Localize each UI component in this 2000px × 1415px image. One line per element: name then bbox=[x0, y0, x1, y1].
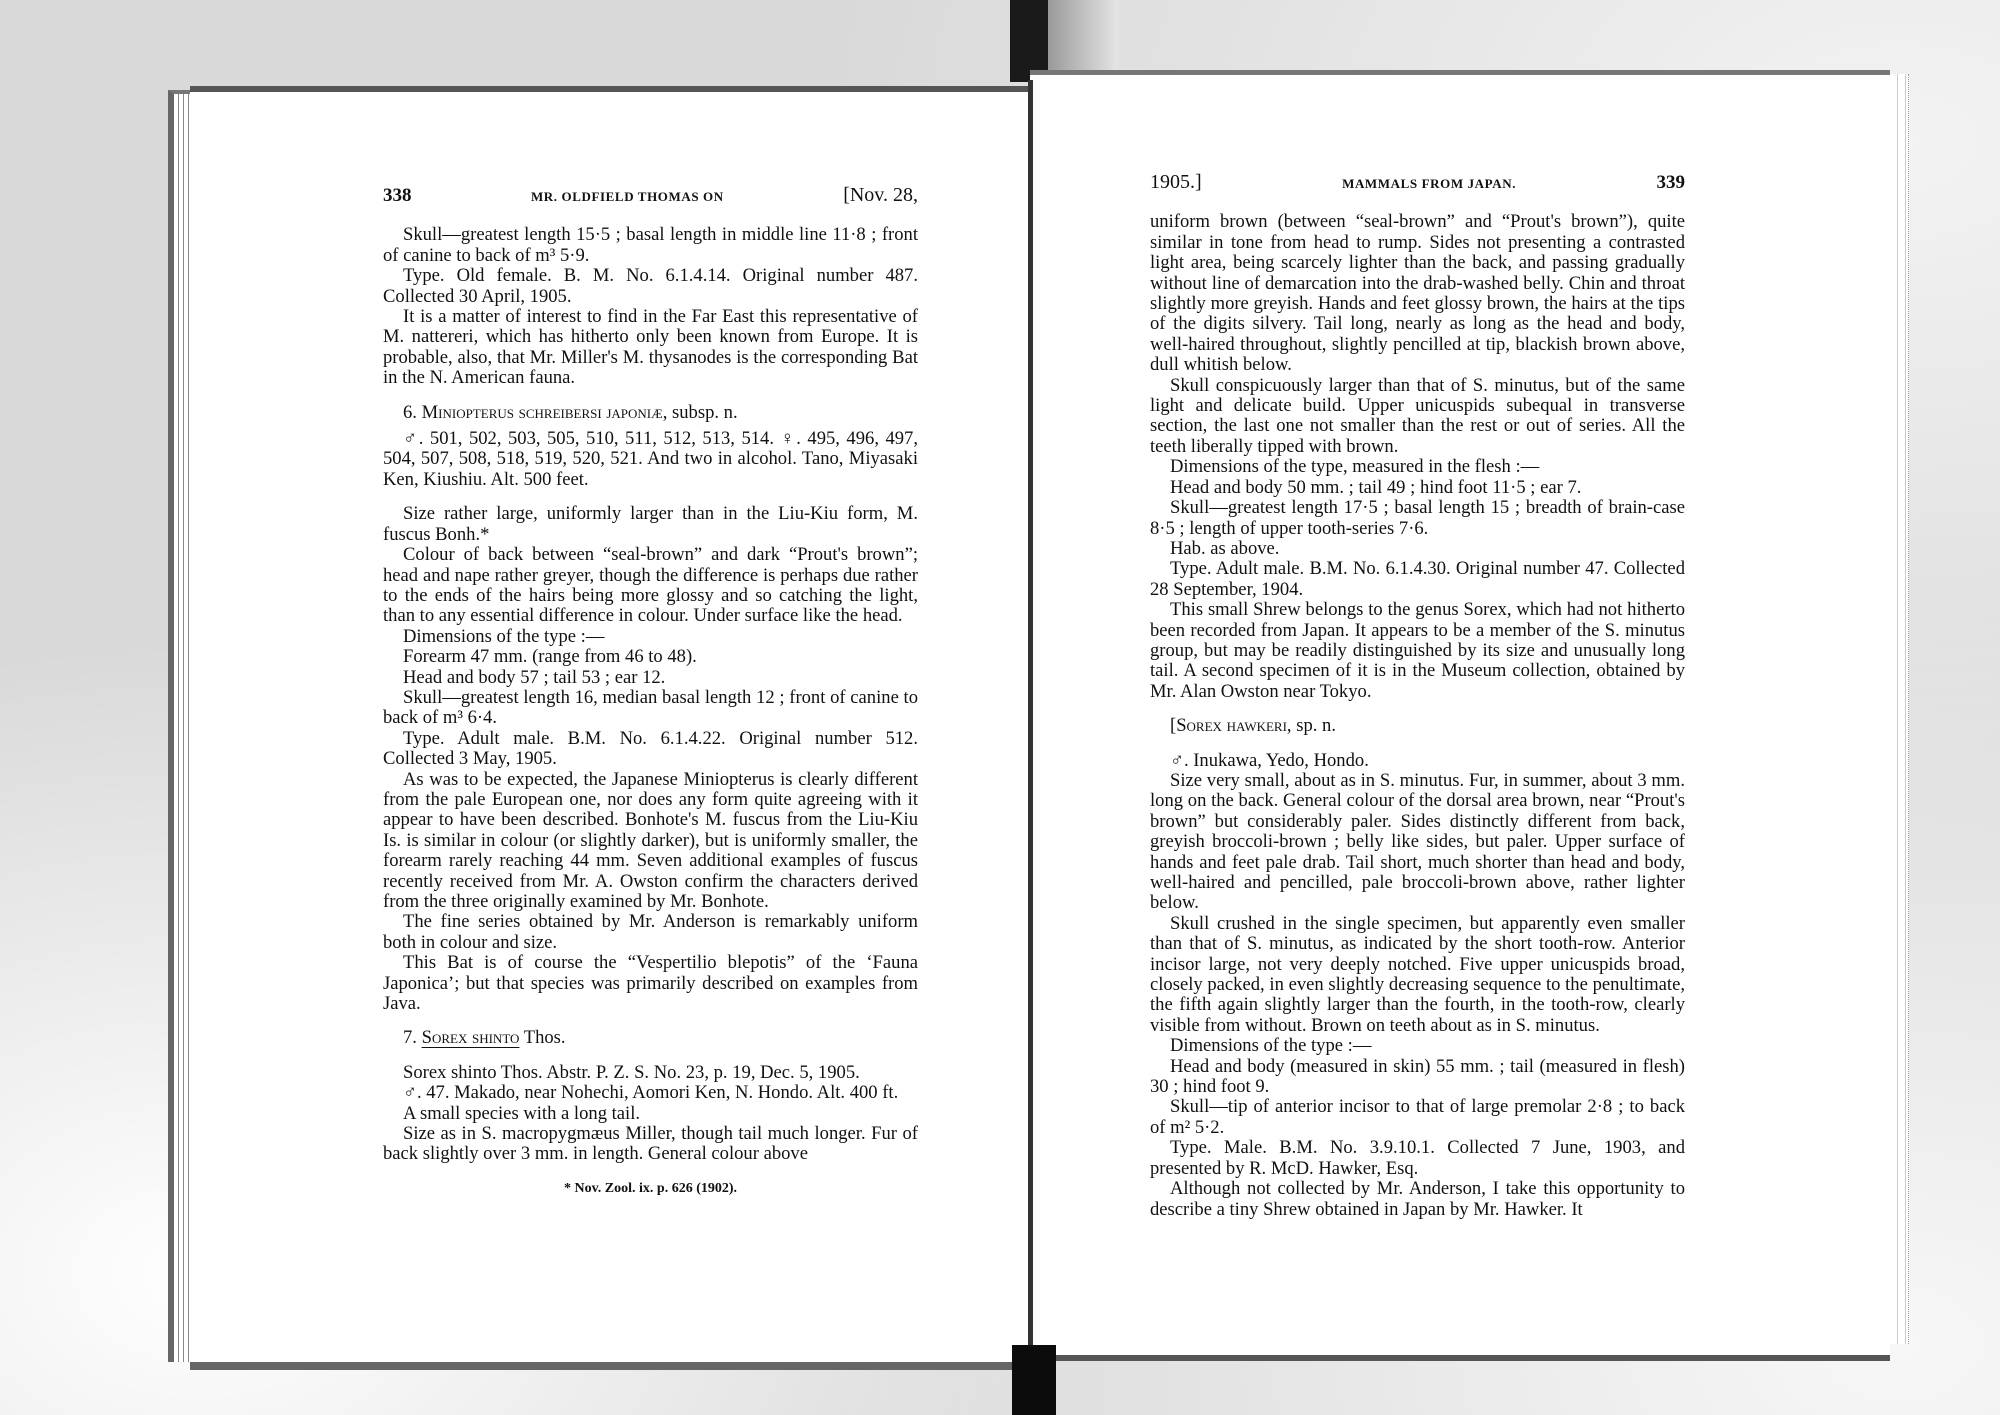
paragraph: Head and body 50 mm. ; tail 49 ; hind fo… bbox=[1150, 478, 1685, 498]
paragraph: ♂. Inukawa, Yedo, Hondo. bbox=[1150, 751, 1685, 771]
page-number: 338 bbox=[383, 186, 412, 206]
paragraph: Dimensions of the type :— bbox=[1150, 1036, 1685, 1056]
paragraph: Head and body (measured in skin) 55 mm. … bbox=[1150, 1057, 1685, 1098]
paragraph: uniform brown (between “seal-brown” and … bbox=[1150, 212, 1685, 375]
paragraph: Skull—greatest length 17·5 ; basal lengt… bbox=[1150, 498, 1685, 539]
paragraph: Size very small, about as in S. minutus.… bbox=[1150, 771, 1685, 914]
paragraph: Type. Adult male. B.M. No. 6.1.4.30. Ori… bbox=[1150, 559, 1685, 600]
paragraph: ♂. 501, 502, 503, 505, 510, 511, 512, 51… bbox=[383, 429, 918, 490]
paragraph: Colour of back between “seal-brown” and … bbox=[383, 545, 918, 627]
running-head-right: 1905.] MAMMALS FROM JAPAN. 339 bbox=[1150, 172, 1685, 194]
paragraph: Size as in S. macropygmæus Miller, thoug… bbox=[383, 1124, 918, 1165]
paragraph: Dimensions of the type :— bbox=[383, 627, 918, 647]
running-title: MAMMALS FROM JAPAN. bbox=[1342, 174, 1516, 194]
running-head-left: 338 MR. OLDFIELD THOMAS ON [Nov. 28, bbox=[383, 185, 918, 207]
paragraph: Skull—tip of anterior incisor to that of… bbox=[1150, 1097, 1685, 1138]
book-spine-bottom bbox=[1012, 1345, 1056, 1415]
paragraph: The fine series obtained by Mr. Anderson… bbox=[383, 912, 918, 953]
paragraph: This Bat is of course the “Vespertilio b… bbox=[383, 953, 918, 1014]
section-heading-6: 6. Miniopterus schreibersi japoniæ, subs… bbox=[403, 403, 918, 423]
paragraph: Forearm 47 mm. (range from 46 to 48). bbox=[383, 647, 918, 667]
paragraph: This small Shrew belongs to the genus So… bbox=[1150, 600, 1685, 702]
paragraph: Sorex shinto Thos. Abstr. P. Z. S. No. 2… bbox=[383, 1063, 918, 1083]
paragraph: Skull crushed in the single specimen, bu… bbox=[1150, 914, 1685, 1036]
species-name: Sorex shinto bbox=[422, 1027, 520, 1048]
paragraph: Skull conspicuously larger than that of … bbox=[1150, 376, 1685, 458]
paragraph: Type. Adult male. B.M. No. 6.1.4.22. Ori… bbox=[383, 729, 918, 770]
paragraph: Head and body 57 ; tail 53 ; ear 12. bbox=[383, 668, 918, 688]
section-heading-7: 7. Sorex shinto Thos. bbox=[403, 1028, 918, 1048]
binding-shadow bbox=[1048, 0, 1118, 80]
species-name: Sorex hawkeri bbox=[1176, 715, 1287, 736]
book-gutter bbox=[1028, 80, 1033, 1360]
paragraph: Dimensions of the type, measured in the … bbox=[1150, 457, 1685, 477]
paragraph: Type. Male. B.M. No. 3.9.10.1. Collected… bbox=[1150, 1138, 1685, 1179]
paragraph: Type. Old female. B. M. No. 6.1.4.14. Or… bbox=[383, 266, 918, 307]
paragraph: ♂. 47. Makado, near Nohechi, Aomori Ken,… bbox=[383, 1083, 918, 1103]
paragraph: Hab. as above. bbox=[1150, 539, 1685, 559]
page-number: 339 bbox=[1656, 173, 1685, 193]
paragraph: Size rather large, uniformly larger than… bbox=[383, 504, 918, 545]
paragraph: It is a matter of interest to find in th… bbox=[383, 307, 918, 389]
page-stack-right bbox=[1890, 74, 1909, 1344]
running-date: [Nov. 28, bbox=[843, 185, 918, 205]
paragraph: A small species with a long tail. bbox=[383, 1104, 918, 1124]
right-page-text: 1905.] MAMMALS FROM JAPAN. 339 uniform b… bbox=[1150, 172, 1685, 1220]
running-date: 1905.] bbox=[1150, 172, 1202, 192]
section-heading-hawkeri: [Sorex hawkeri, sp. n. bbox=[1170, 716, 1685, 736]
left-page-text: 338 MR. OLDFIELD THOMAS ON [Nov. 28, Sku… bbox=[383, 185, 918, 1199]
paragraph: As was to be expected, the Japanese Mini… bbox=[383, 770, 918, 913]
species-name: Miniopterus schreibersi japoniæ bbox=[422, 402, 663, 423]
paragraph: Skull—greatest length 15·5 ; basal lengt… bbox=[383, 225, 918, 266]
running-title: MR. OLDFIELD THOMAS ON bbox=[531, 187, 724, 207]
paragraph: Although not collected by Mr. Anderson, … bbox=[1150, 1179, 1685, 1220]
paragraph: Skull—greatest length 16, median basal l… bbox=[383, 688, 918, 729]
footnote: * Nov. Zool. ix. p. 626 (1902). bbox=[383, 1179, 918, 1199]
